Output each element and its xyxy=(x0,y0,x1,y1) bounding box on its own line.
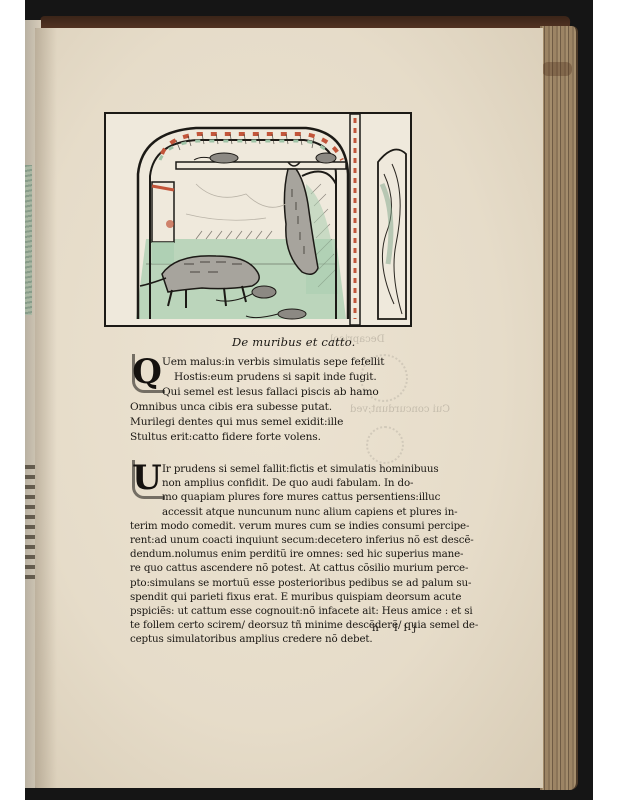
prose-line: rent:ad unum coacti inquiunt secum:decet… xyxy=(130,533,430,547)
prose-line: mo quapiam plures fore mures cattus pers… xyxy=(130,490,430,504)
prose-line: terim modo comedit. verum mures cum se i… xyxy=(130,519,430,533)
verse-line: Stultus erit:catto fidere forte volens. xyxy=(130,430,420,445)
left-page-woodcut-fragment xyxy=(25,165,32,315)
verse-line: Uem malus:in verbis simulatis sepe fefel… xyxy=(130,355,420,370)
signature-mark: n iij xyxy=(372,622,422,634)
woodcut-image xyxy=(106,114,410,325)
fable-title: De muribus et catto. xyxy=(232,335,356,349)
verse-line: Qui semel est lesus fallaci piscis ab ha… xyxy=(130,385,420,400)
prose-line: dendum.nolumus enim perditũ ire omnes: s… xyxy=(130,547,430,561)
gutter-shadow xyxy=(35,28,57,788)
verse-block: Uem malus:in verbis simulatis sepe fefel… xyxy=(130,355,420,445)
prose-line: pspiciẽs: ut cattum esse cognouit:nõ inf… xyxy=(130,604,430,618)
prose-line: Ir prudens si semel fallit:fictis et sim… xyxy=(130,462,430,476)
prose-line: non amplius confidit. De quo audi fabula… xyxy=(130,476,430,490)
prose-block: Ir prudens si semel fallit:fictis et sim… xyxy=(130,462,430,647)
verse-line: Murilegi dentes qui mus semel exidit:ill… xyxy=(130,415,420,430)
woodcut-illustration xyxy=(104,112,412,327)
fore-edge-page-stack xyxy=(540,26,578,790)
fore-edge-stain xyxy=(542,62,572,76)
verse-line: Hostis:eum prudens si sapit inde fugit. xyxy=(130,370,420,385)
prose-line: ceptus simulatoribus amplius credere nõ … xyxy=(130,632,430,646)
prose-line: spendit qui parieti fixus erat. E muribu… xyxy=(130,590,430,604)
prose-line: pto:simulans se mortuũ esse posterioribu… xyxy=(130,576,430,590)
prose-line: accessit atque nuncunum nunc alium capie… xyxy=(130,505,430,519)
prose-line: re quo cattus ascendere nõ potest. At ca… xyxy=(130,561,430,575)
verse-line: Omnibus unca cibis era subesse putat. xyxy=(130,400,420,415)
